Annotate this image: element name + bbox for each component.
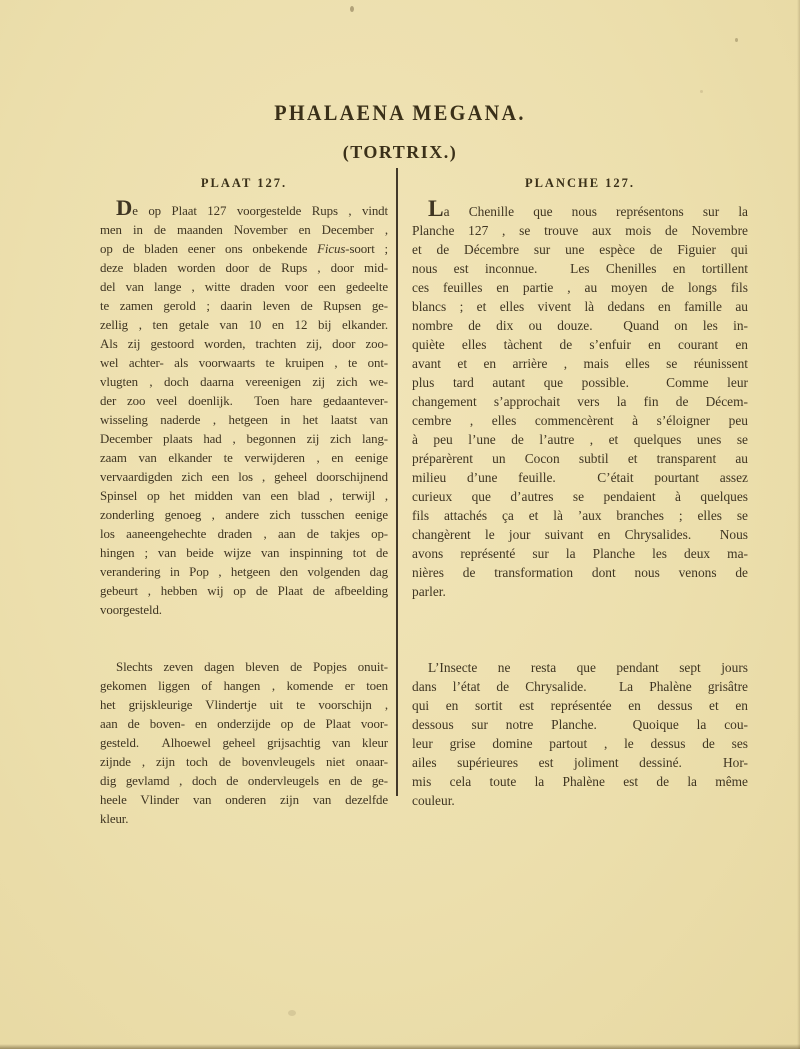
text-line: Planche 127 , se trouve aux mois de Nove… [412, 221, 748, 240]
text-line: dessous sur notre Planche. Quoique la co… [412, 715, 748, 734]
text-line: changèrent le jour suivant en Chrysalide… [412, 525, 748, 544]
french-paragraph-1: La Chenille que nous représentons sur la… [412, 202, 748, 601]
text-line: aan de boven- en onderzijde op de Plaat … [100, 715, 388, 734]
paper-smudge [288, 1010, 296, 1016]
text-line: et de Décembre sur une espèce de Figuier… [412, 240, 748, 259]
page-edge-shadow-bottom [0, 1044, 800, 1049]
text-line: kleur. [100, 810, 388, 829]
text-line: der zoo veel doenlijk. Toen hare gedaant… [100, 392, 388, 411]
text-line: vervaardigden zich een los , geheel door… [100, 468, 388, 487]
text-line: December plaats had , begonnen zij zich … [100, 430, 388, 449]
text-line: gesteld. Alhoewel geheel grijsachtig van… [100, 734, 388, 753]
text-line: zonderling genoeg , andere zich tusschen… [100, 506, 388, 525]
paper-speck [350, 6, 354, 12]
text-line: De op Plaat 127 voorgestelde Rups , vind… [100, 202, 388, 221]
text-line: nous est inconnue. Les Chenilles en tort… [412, 259, 748, 278]
text-line: Als zij gestoord worden, trachten zij, d… [100, 335, 388, 354]
text-line: nombre de dix ou douze. Quand on les in- [412, 316, 748, 335]
text-line: préparèrent un Cocon subtil et transpare… [412, 449, 748, 468]
text-line: mis cela toute la Phalène est de la même [412, 772, 748, 791]
text-line: changement s’approchait vers la fin de D… [412, 392, 748, 411]
text-line: voorgesteld. [100, 601, 388, 620]
text-line: blancs ; et elles vivent là dedans en fa… [412, 297, 748, 316]
text-line: op de bladen eener ons onbekende Ficus-s… [100, 240, 388, 259]
text-line: cembre , elles commencèrent à s’éloigner… [412, 411, 748, 430]
text-line: men in de maanden November en December , [100, 221, 388, 240]
text-line: zijnde , zijn toch de bovenvleugels niet… [100, 753, 388, 772]
text-line: Slechts zeven dagen bleven de Popjes onu… [100, 658, 388, 677]
text-line: te zamen gerold ; daarin leven de Rupsen… [100, 297, 388, 316]
page-subtitle: (TORTRIX.) [0, 142, 800, 163]
drop-initial: D [116, 195, 132, 220]
text-line: ces feuilles en partie , au moyen de lon… [412, 278, 748, 297]
text-line: verandering in Pop , hetgeen den volgend… [100, 563, 388, 582]
text-line: deze bladen worden door de Rups , door m… [100, 259, 388, 278]
dutch-column: PLAAT 127. De op Plaat 127 voorgestelde … [100, 176, 388, 829]
page-title: PHALAENA MEGANA. [32, 100, 768, 126]
text-line: vlugten , doch daarna vereenigen zij zic… [100, 373, 388, 392]
text-line: La Chenille que nous représentons sur la [412, 202, 748, 221]
text-line: plus tard autant que possible. Comme leu… [412, 373, 748, 392]
text-line: milieu d’une feuille. C’était pourtant a… [412, 468, 748, 487]
text-line: zaam van elkander te verwijderen , en ee… [100, 449, 388, 468]
text-line: leur grise domine partout , le dessus de… [412, 734, 748, 753]
dutch-column-header: PLAAT 127. [100, 176, 388, 191]
two-column-text: PLAAT 127. De op Plaat 127 voorgestelde … [100, 176, 748, 829]
text-line: hingen ; van beide wijze van inspinning … [100, 544, 388, 563]
text-line: avant et en arrière , mais elles se réun… [412, 354, 748, 373]
text-line: curieux que d’autres se pendaient à quel… [412, 487, 748, 506]
text-line: à peu l’une de l’autre , et quelques une… [412, 430, 748, 449]
text-line: fils attachés ça et là ’aux branches ; e… [412, 506, 748, 525]
text-line: wel achter- als voorwaarts te kruipen , … [100, 354, 388, 373]
text-line: qui en sortit est représentée en dessus … [412, 696, 748, 715]
text-line: L’Insecte ne resta que pendant sept jour… [412, 658, 748, 677]
text-line: zellig , ten getale van 10 en 12 bij elk… [100, 316, 388, 335]
text-line: heele Vlinder van onderen zijn van dezel… [100, 791, 388, 810]
drop-initial: L [428, 196, 444, 222]
dutch-paragraph-1: De op Plaat 127 voorgestelde Rups , vind… [100, 202, 388, 620]
text-line: dig gevlamd , doch de ondervleugels en d… [100, 772, 388, 791]
text-line: quiète elles tàchent de s’enfuir en cour… [412, 335, 748, 354]
text-line: parler. [412, 582, 748, 601]
french-column: PLANCHE 127. La Chenille que nous représ… [412, 176, 748, 829]
text-line: los aaneengehechte draden , aan de takje… [100, 525, 388, 544]
paper-speck [700, 90, 703, 93]
text-line: avons représenté sur la Planche les deux… [412, 544, 748, 563]
text-line: wisseling naderde , hetgeen in het laats… [100, 411, 388, 430]
paper-speck [735, 38, 738, 42]
text-line: couleur. [412, 791, 748, 810]
text-line: Spinsel op het midden van een blad , ter… [100, 487, 388, 506]
text-line: del van lange , witte draden voor een ge… [100, 278, 388, 297]
text-line: het grijskleurige Vlindertje uit te voor… [100, 696, 388, 715]
scanned-book-page: PHALAENA MEGANA. (TORTRIX.) PLAAT 127. D… [0, 0, 800, 1049]
text-line: nières de transformation dont nous venon… [412, 563, 748, 582]
text-line: gekomen liggen of hangen , komende er to… [100, 677, 388, 696]
french-paragraph-2: L’Insecte ne resta que pendant sept jour… [412, 658, 748, 810]
text-line: dans l’état de Chrysalide. La Phalène gr… [412, 677, 748, 696]
french-column-header: PLANCHE 127. [412, 176, 748, 191]
text-line: gebeurt , hebben wij op de Plaat de afbe… [100, 582, 388, 601]
dutch-paragraph-2: Slechts zeven dagen bleven de Popjes onu… [100, 658, 388, 829]
text-line: ailes supérieures est joliment dessiné. … [412, 753, 748, 772]
